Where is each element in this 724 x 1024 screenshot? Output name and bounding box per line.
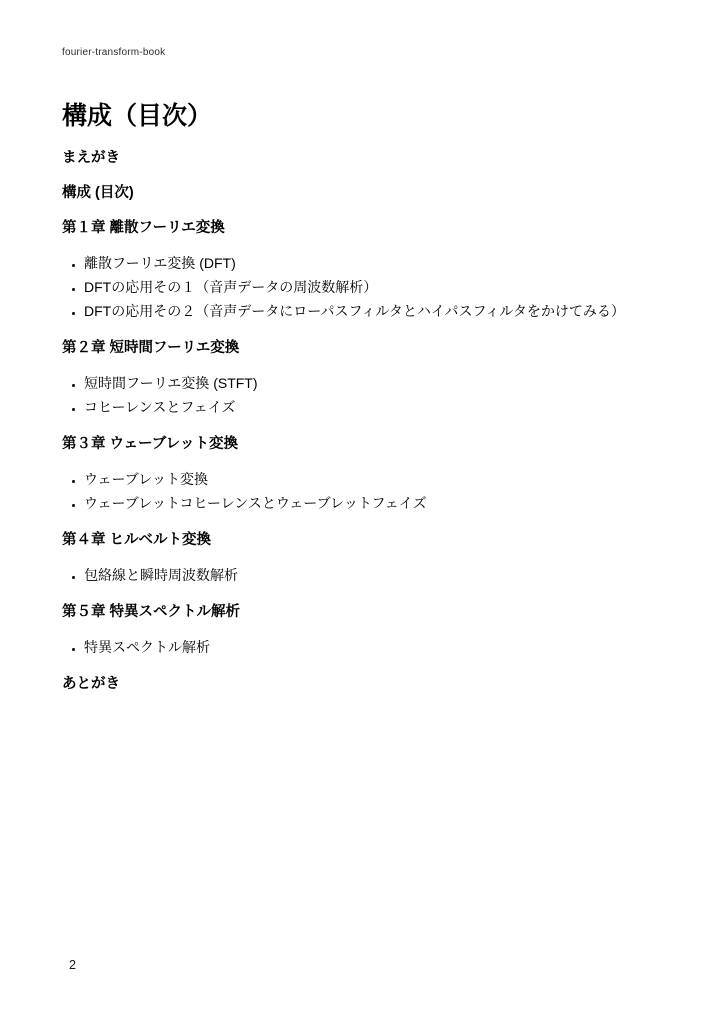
toc-item-list: 離散フーリエ変換 (DFT)DFTの応用その１（音声データの周波数解析）DFTの… — [62, 251, 664, 323]
section-heading: あとがき — [62, 674, 664, 694]
toc-section: 第３章 ウェーブレット変換 ウェーブレット変換ウェーブレットコヒーレンスとウェー… — [62, 434, 664, 515]
section-heading: 構成 (目次) — [62, 183, 664, 203]
document-page: fourier-transform-book 構成（目次） まえがき 構成 (目… — [0, 0, 724, 1024]
page-title: 構成（目次） — [62, 103, 664, 129]
section-heading: 第５章 特異スペクトル解析 — [62, 602, 664, 622]
section-heading: 第２章 短時間フーリエ変換 — [62, 338, 664, 358]
toc-item: 離散フーリエ変換 (DFT) — [84, 251, 664, 275]
toc-section: 構成 (目次) — [62, 183, 664, 203]
toc-section: まえがき — [62, 148, 664, 168]
toc-item-list: ウェーブレット変換ウェーブレットコヒーレンスとウェーブレットフェイズ — [62, 467, 664, 515]
toc-item: DFTの応用その１（音声データの周波数解析） — [84, 275, 664, 299]
toc-section: 第２章 短時間フーリエ変換 短時間フーリエ変換 (STFT)コヒーレンスとフェイ… — [62, 338, 664, 419]
toc-item: コヒーレンスとフェイズ — [84, 395, 664, 419]
toc-sections: まえがき 構成 (目次) 第１章 離散フーリエ変換 離散フーリエ変換 (DFT)… — [62, 148, 664, 694]
toc-item: 特異スペクトル解析 — [84, 635, 664, 659]
toc-item: 包絡線と瞬時周波数解析 — [84, 563, 664, 587]
toc-item-list: 短時間フーリエ変換 (STFT)コヒーレンスとフェイズ — [62, 371, 664, 419]
running-header: fourier-transform-book — [62, 47, 664, 59]
toc-item: ウェーブレットコヒーレンスとウェーブレットフェイズ — [84, 491, 664, 515]
toc-item: DFTの応用その２（音声データにローパスフィルタとハイパスフィルタをかけてみる） — [84, 299, 664, 323]
section-heading: 第３章 ウェーブレット変換 — [62, 434, 664, 454]
section-heading: まえがき — [62, 148, 664, 168]
section-heading: 第１章 離散フーリエ変換 — [62, 218, 664, 238]
section-heading: 第４章 ヒルベルト変換 — [62, 530, 664, 550]
toc-item-list: 包絡線と瞬時周波数解析 — [62, 563, 664, 587]
toc-section: 第１章 離散フーリエ変換 離散フーリエ変換 (DFT)DFTの応用その１（音声デ… — [62, 218, 664, 323]
toc-item: ウェーブレット変換 — [84, 467, 664, 491]
toc-section: あとがき — [62, 674, 664, 694]
toc-item: 短時間フーリエ変換 (STFT) — [84, 371, 664, 395]
toc-section: 第５章 特異スペクトル解析 特異スペクトル解析 — [62, 602, 664, 659]
toc-section: 第４章 ヒルベルト変換 包絡線と瞬時周波数解析 — [62, 530, 664, 587]
page-number: 2 — [69, 958, 76, 972]
toc-item-list: 特異スペクトル解析 — [62, 635, 664, 659]
